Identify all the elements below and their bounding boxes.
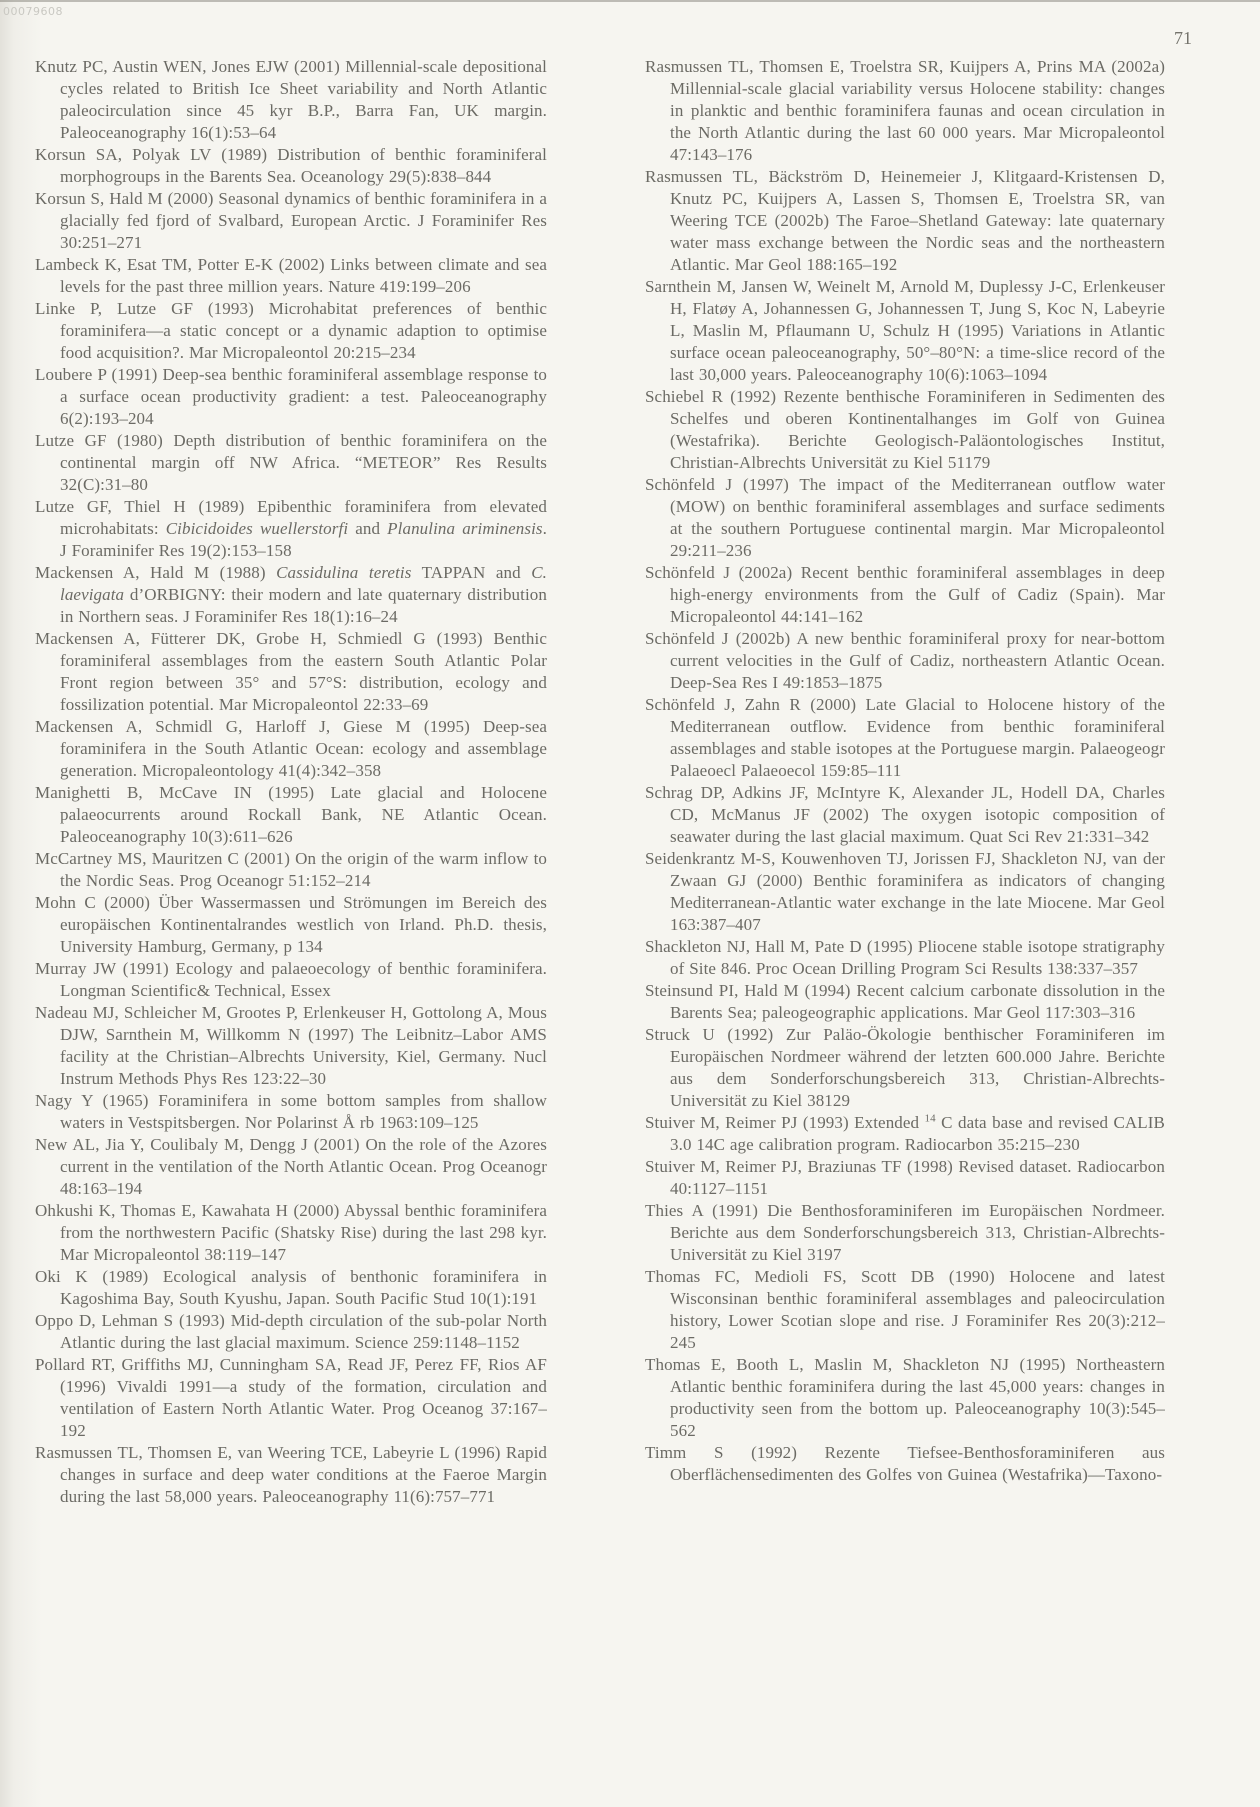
reference-entry: Rasmussen TL, Bäckström D, Heinemeier J,… <box>645 166 1165 276</box>
reference-entry: Loubere P (1991) Deep-sea benthic forami… <box>35 364 547 430</box>
reference-entry: Seidenkrantz M-S, Kouwenhoven TJ, Joriss… <box>645 848 1165 936</box>
reference-entry: Schönfeld J (2002a) Recent benthic foram… <box>645 562 1165 628</box>
reference-entry: Struck U (1992) Zur Paläo-Ökologie benth… <box>645 1024 1165 1112</box>
reference-entry: Schönfeld J (2002b) A new benthic forami… <box>645 628 1165 694</box>
reference-entry: Oki K (1989) Ecological analysis of bent… <box>35 1266 547 1310</box>
reference-entry: Nadeau MJ, Schleicher M, Grootes P, Erle… <box>35 1002 547 1090</box>
reference-entry: Thies A (1991) Die Benthosforaminiferen … <box>645 1200 1165 1266</box>
reference-entry: Schönfeld J (1997) The impact of the Med… <box>645 474 1165 562</box>
references-column-left: Knutz PC, Austin WEN, Jones EJW (2001) M… <box>35 56 547 1508</box>
reference-entry: New AL, Jia Y, Coulibaly M, Dengg J (200… <box>35 1134 547 1200</box>
reference-entry: McCartney MS, Mauritzen C (2001) On the … <box>35 848 547 892</box>
reference-entry: Rasmussen TL, Thomsen E, van Weering TCE… <box>35 1442 547 1508</box>
reference-entry: Oppo D, Lehman S (1993) Mid-depth circul… <box>35 1310 547 1354</box>
reference-entry: Steinsund PI, Hald M (1994) Recent calci… <box>645 980 1165 1024</box>
reference-entry: Schrag DP, Adkins JF, McIntyre K, Alexan… <box>645 782 1165 848</box>
page-number: 71 <box>1174 28 1192 49</box>
reference-entry: Shackleton NJ, Hall M, Pate D (1995) Pli… <box>645 936 1165 980</box>
reference-entry: Linke P, Lutze GF (1993) Microhabitat pr… <box>35 298 547 364</box>
reference-entry: Mackensen A, Schmidl G, Harloff J, Giese… <box>35 716 547 782</box>
reference-entry: Korsun SA, Polyak LV (1989) Distribution… <box>35 144 547 188</box>
reference-entry: Lambeck K, Esat TM, Potter E-K (2002) Li… <box>35 254 547 298</box>
reference-entry: Mohn C (2000) Über Wassermassen und Strö… <box>35 892 547 958</box>
reference-entry: Knutz PC, Austin WEN, Jones EJW (2001) M… <box>35 56 547 144</box>
reference-entry: Ohkushi K, Thomas E, Kawahata H (2000) A… <box>35 1200 547 1266</box>
reference-entry: Murray JW (1991) Ecology and palaeoecolo… <box>35 958 547 1002</box>
reference-entry: Nagy Y (1965) Foraminifera in some botto… <box>35 1090 547 1134</box>
references-section: Knutz PC, Austin WEN, Jones EJW (2001) M… <box>35 56 1165 1508</box>
reference-entry: Sarnthein M, Jansen W, Weinelt M, Arnold… <box>645 276 1165 386</box>
reference-entry: Manighetti B, McCave IN (1995) Late glac… <box>35 782 547 848</box>
scan-artifact-number: 00079608 <box>3 5 63 18</box>
reference-entry: Mackensen A, Fütterer DK, Grobe H, Schmi… <box>35 628 547 716</box>
reference-entry: Lutze GF, Thiel H (1989) Epibenthic fora… <box>35 496 547 562</box>
reference-entry: Mackensen A, Hald M (1988) Cassidulina t… <box>35 562 547 628</box>
scanned-page: 00079608 71 Knutz PC, Austin WEN, Jones … <box>0 0 1260 1807</box>
reference-entry: Pollard RT, Griffiths MJ, Cunningham SA,… <box>35 1354 547 1442</box>
reference-entry: Schiebel R (1992) Rezente benthische For… <box>645 386 1165 474</box>
reference-entry: Korsun S, Hald M (2000) Seasonal dynamic… <box>35 188 547 254</box>
reference-entry: Thomas E, Booth L, Maslin M, Shackleton … <box>645 1354 1165 1442</box>
reference-entry: Timm S (1992) Rezente Tiefsee-Benthosfor… <box>645 1442 1165 1486</box>
reference-entry: Lutze GF (1980) Depth distribution of be… <box>35 430 547 496</box>
reference-entry: Stuiver M, Reimer PJ, Braziunas TF (1998… <box>645 1156 1165 1200</box>
reference-entry: Schönfeld J, Zahn R (2000) Late Glacial … <box>645 694 1165 782</box>
reference-entry: Thomas FC, Medioli FS, Scott DB (1990) H… <box>645 1266 1165 1354</box>
reference-entry: Rasmussen TL, Thomsen E, Troelstra SR, K… <box>645 56 1165 166</box>
reference-entry: Stuiver M, Reimer PJ (1993) Extended 14 … <box>645 1112 1165 1156</box>
references-column-right: Rasmussen TL, Thomsen E, Troelstra SR, K… <box>645 56 1165 1508</box>
